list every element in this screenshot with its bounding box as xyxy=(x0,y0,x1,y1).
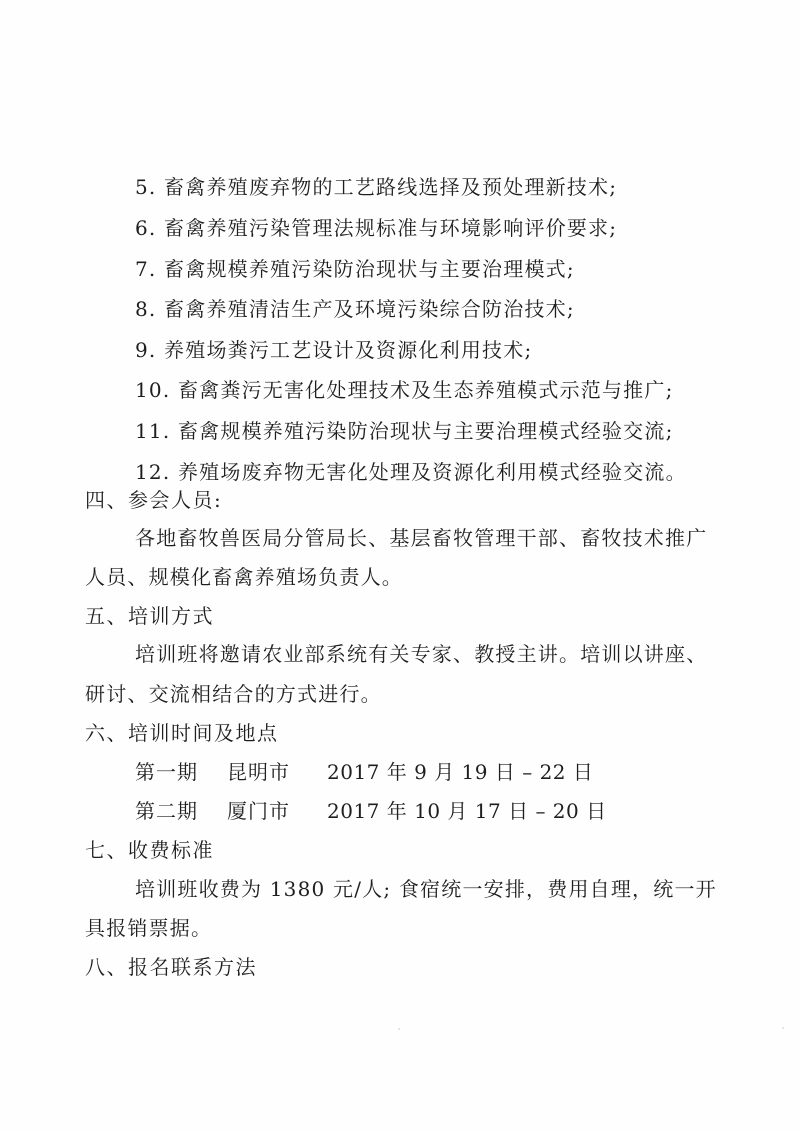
topic-text: 畜禽粪污无害化处理技术及生态养殖模式示范与推广; xyxy=(178,378,674,402)
topic-text: 养殖场粪污工艺设计及资源化利用技术; xyxy=(164,338,532,362)
topic-number: 10. xyxy=(135,378,170,402)
schedule-city: 厦门市 xyxy=(227,798,327,824)
topic-number: 5. xyxy=(135,175,156,199)
schedule-row-1: 第一期 昆明市 2017 年 9 月 19 日 – 22 日 xyxy=(135,759,593,785)
section-4-paragraph-line-1: 各地畜牧兽医局分管局长、基层畜牧管理干部、畜牧技术推广 xyxy=(135,525,707,551)
topic-item-10: 10. 畜禽粪污无害化处理技术及生态养殖模式示范与推广; xyxy=(135,377,674,403)
section-7-paragraph-line-1: 培训班收费为 1380 元/人; 食宿统一安排，费用自理，统一开 xyxy=(135,876,717,902)
topic-number: 8. xyxy=(135,297,156,321)
topic-number: 7. xyxy=(135,257,156,281)
topic-item-6: 6. 畜禽养殖污染管理法规标准与环境影响评价要求; xyxy=(135,215,617,241)
topic-number: 12. xyxy=(135,460,170,484)
topic-number: 9. xyxy=(135,338,156,362)
schedule-city: 昆明市 xyxy=(227,759,327,785)
topic-text: 养殖场废弃物无害化处理及资源化利用模式经验交流。 xyxy=(178,460,687,484)
schedule-dates: 2017 年 9 月 19 日 – 22 日 xyxy=(327,759,593,785)
schedule-period: 第二期 xyxy=(135,798,227,824)
section-7-paragraph-line-2: 具报销票据。 xyxy=(85,915,212,941)
topic-item-12: 12. 养殖场废弃物无害化处理及资源化利用模式经验交流。 xyxy=(135,459,687,485)
topic-item-9: 9. 养殖场粪污工艺设计及资源化利用技术; xyxy=(135,337,532,363)
schedule-period: 第一期 xyxy=(135,759,227,785)
topic-text: 畜禽养殖清洁生产及环境污染综合防治技术; xyxy=(164,297,575,321)
topic-item-11: 11. 畜禽规模养殖污染防治现状与主要治理模式经验交流; xyxy=(135,418,674,444)
section-5-paragraph-line-1: 培训班将邀请农业部系统有关专家、教授主讲。培训以讲座、 xyxy=(135,641,707,667)
section-7-heading: 七、收费标准 xyxy=(85,837,214,863)
topic-number: 11. xyxy=(135,419,170,443)
section-5-heading: 五、培训方式 xyxy=(85,603,214,629)
topic-number: 6. xyxy=(135,216,156,240)
topic-text: 畜禽规模养殖污染防治现状与主要治理模式; xyxy=(164,257,575,281)
section-4-paragraph-line-2: 人员、规模化畜禽养殖场负责人。 xyxy=(85,564,403,590)
schedule-dates: 2017 年 10 月 17 日 – 20 日 xyxy=(327,798,607,824)
topic-text: 畜禽养殖污染管理法规标准与环境影响评价要求; xyxy=(164,216,617,240)
section-8-heading: 八、报名联系方法 xyxy=(85,954,257,980)
topic-item-7: 7. 畜禽规模养殖污染防治现状与主要治理模式; xyxy=(135,256,575,282)
document-page: 5. 畜禽养殖废弃物的工艺路线选择及预处理新技术; 6. 畜禽养殖污染管理法规标… xyxy=(0,0,800,1131)
topic-item-8: 8. 畜禽养殖清洁生产及环境污染综合防治技术; xyxy=(135,296,575,322)
topic-item-5: 5. 畜禽养殖废弃物的工艺路线选择及预处理新技术; xyxy=(135,174,617,200)
topic-text: 畜禽养殖废弃物的工艺路线选择及预处理新技术; xyxy=(164,175,617,199)
topic-text: 畜禽规模养殖污染防治现状与主要治理模式经验交流; xyxy=(178,419,674,443)
section-5-paragraph-line-2: 研讨、交流相结合的方式进行。 xyxy=(85,681,382,707)
schedule-row-2: 第二期 厦门市 2017 年 10 月 17 日 – 20 日 xyxy=(135,798,607,824)
scan-artifact xyxy=(398,1028,400,1030)
section-4-heading: 四、参会人员: xyxy=(85,487,222,513)
section-6-heading: 六、培训时间及地点 xyxy=(85,720,279,746)
scan-artifact xyxy=(782,1027,784,1029)
